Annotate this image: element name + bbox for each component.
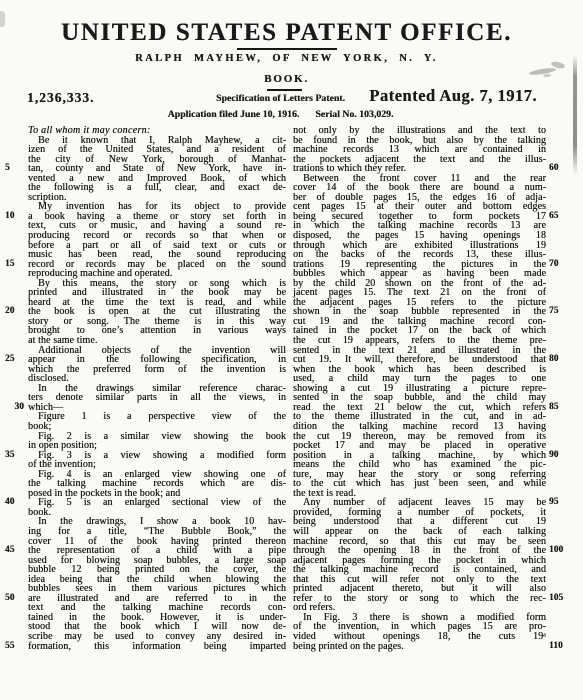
line-number: 90 [549,451,572,461]
title-divider-rule [237,48,337,50]
text-line: the following is a full, clear, and exac… [28,183,286,193]
line-number: 70 [549,260,572,270]
line-number: 100 [549,546,572,556]
line-text: the following is a full, clear, and exac… [28,182,286,193]
text-line: formation, this information being impart… [28,642,286,652]
application-filed: Application filed June 10, 1916. [168,109,300,120]
line-number: 30 [5,403,24,413]
text-line: Fig. 5 is an enlarged sectional view of … [28,498,286,508]
page-title: UNITED STATES PATENT OFFICE. [0,19,573,47]
application-line: Application filed June 10, 1916.Serial N… [0,109,561,120]
line-number: 45 [5,546,24,556]
line-number: 25 [5,355,24,365]
line-number: 105 [549,594,572,604]
left-column: To all whom it may concern:Be it known t… [28,126,286,651]
line-number: 85 [549,403,572,413]
patented-date: Patented Aug. 7, 1917. [369,86,537,106]
line-text: formation, this information being impart… [28,641,286,652]
line-number: 20 [5,307,24,317]
line-text: being printed on the pages. [293,641,404,652]
line-number: 40 [5,498,24,508]
line-text: Fig. 5 is an enlarged sectional view of … [38,497,286,508]
line-number: 110 [549,642,572,652]
line-number: 60 [549,164,572,174]
patent-document-page: UNITED STATES PATENT OFFICE. RALPH MAYHE… [0,0,583,700]
line-number: 10 [5,212,24,222]
serial-number: Serial No. 103,029. [315,109,393,120]
subtitle-divider-rule [267,89,302,91]
document-header: UNITED STATES PATENT OFFICE. [0,0,573,47]
line-number: 65 [549,212,572,222]
line-number: 80 [549,355,572,365]
line-number: 95 [549,498,572,508]
text-line: ters denote similar parts in all the vie… [28,393,286,403]
scan-edge-artifact [573,55,577,175]
line-number: 15 [5,260,24,270]
invention-title: BOOK. [0,73,573,85]
line-text: ters denote similar parts in all the vie… [28,392,286,403]
text-line: Figure 1 is a perspective view of the [28,412,286,422]
line-number: 5 [5,164,24,174]
line-number: 55 [5,642,24,652]
line-number: 50 [5,594,24,604]
text-line: being printed on the pages.110 [293,642,546,652]
line-number: 35 [5,451,24,461]
inventor-line: RALPH MAYHEW, OF NEW YORK, N. Y. [0,53,573,64]
line-text: Figure 1 is a perspective view of the [38,411,286,422]
line-number: 75 [549,307,572,317]
scan-corner-artifact [0,11,5,27]
right-column: not only by the illustrations and the te… [293,126,546,651]
